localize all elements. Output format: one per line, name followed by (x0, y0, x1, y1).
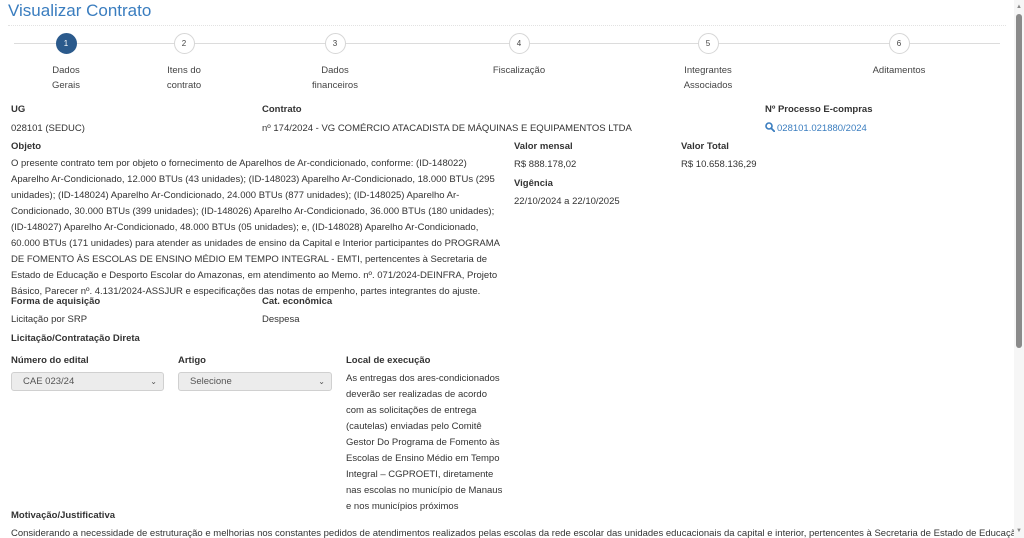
vigencia-value: 22/10/2024 a 22/10/2025 (514, 196, 620, 207)
numero-edital-label: Número do edital (11, 355, 89, 366)
step-number[interactable]: 6 (889, 33, 910, 54)
wizard-stepper: 1 Dados Gerais 2 Itens do contrato 3 Dad… (0, 30, 1010, 92)
step-label[interactable]: Aditamentos (839, 63, 959, 78)
step-label[interactable]: Itens do contrato (124, 63, 244, 93)
scrollbar-thumb[interactable] (1016, 14, 1022, 348)
contrato-value: nº 174/2024 - VG COMÉRCIO ATACADISTA DE … (262, 123, 632, 134)
artigo-selected: Selecione (190, 376, 232, 387)
step-number[interactable]: 4 (509, 33, 530, 54)
motivacao-value: Considerando a necessidade de estruturaç… (11, 528, 1014, 538)
cat-economica-value: Despesa (262, 314, 300, 325)
valor-total-value: R$ 10.658.136,29 (681, 159, 757, 170)
valor-mensal-label: Valor mensal (514, 141, 573, 152)
forma-aquisicao-label: Forma de aquisição (11, 296, 100, 307)
contract-view-page: Visualizar Contrato 1 Dados Gerais 2 Ite… (0, 0, 1014, 538)
valor-total-label: Valor Total (681, 141, 729, 152)
step-integrantes-associados[interactable]: 5 Integrantes Associados (648, 33, 768, 93)
objeto-value: O presente contrato tem por objeto o for… (11, 156, 501, 300)
ug-label: UG (11, 104, 25, 115)
local-execucao-value: As entregas dos ares-condicionados dever… (346, 371, 504, 515)
valor-mensal-value: R$ 888.178,02 (514, 159, 576, 170)
step-fiscalizacao[interactable]: 4 Fiscalização (459, 33, 579, 78)
vertical-scrollbar[interactable]: ▲ ▼ (1014, 0, 1024, 538)
title-divider (8, 25, 1006, 26)
step-itens-contrato[interactable]: 2 Itens do contrato (124, 33, 244, 93)
numero-edital-selected: CAE 023/24 (23, 376, 74, 387)
licitacao-section-label: Licitação/Contratação Direta (11, 333, 140, 344)
step-label[interactable]: Integrantes Associados (648, 63, 768, 93)
chevron-down-icon: ⌄ (150, 373, 157, 390)
step-number[interactable]: 3 (325, 33, 346, 54)
ug-value: 028101 (SEDUC) (11, 123, 85, 134)
processo-label: Nº Processo E-compras (765, 104, 872, 115)
scroll-up-arrow-icon[interactable]: ▲ (1014, 2, 1024, 12)
scroll-down-arrow-icon[interactable]: ▼ (1014, 526, 1024, 536)
search-icon (765, 122, 775, 135)
step-number[interactable]: 5 (698, 33, 719, 54)
step-aditamentos[interactable]: 6 Aditamentos (839, 33, 959, 78)
step-label[interactable]: Dados financeiros (275, 63, 395, 93)
step-dados-financeiros[interactable]: 3 Dados financeiros (275, 33, 395, 93)
processo-link[interactable]: 028101.021880/2024 (765, 122, 867, 135)
processo-number[interactable]: 028101.021880/2024 (777, 123, 867, 134)
motivacao-label: Motivação/Justificativa (11, 510, 115, 521)
local-execucao-label: Local de execução (346, 355, 430, 366)
artigo-select[interactable]: Selecione ⌄ (178, 372, 332, 391)
step-dados-gerais[interactable]: 1 Dados Gerais (6, 33, 126, 93)
forma-aquisicao-value: Licitação por SRP (11, 314, 87, 325)
step-label[interactable]: Dados Gerais (6, 63, 126, 93)
step-number[interactable]: 1 (56, 33, 77, 54)
page-title: Visualizar Contrato (8, 0, 151, 22)
step-number[interactable]: 2 (174, 33, 195, 54)
contrato-label: Contrato (262, 104, 302, 115)
step-label[interactable]: Fiscalização (459, 63, 579, 78)
objeto-label: Objeto (11, 141, 41, 152)
vigencia-label: Vigência (514, 178, 553, 189)
cat-economica-label: Cat. econômica (262, 296, 332, 307)
numero-edital-select[interactable]: CAE 023/24 ⌄ (11, 372, 164, 391)
chevron-down-icon: ⌄ (318, 373, 325, 390)
artigo-label: Artigo (178, 355, 206, 366)
